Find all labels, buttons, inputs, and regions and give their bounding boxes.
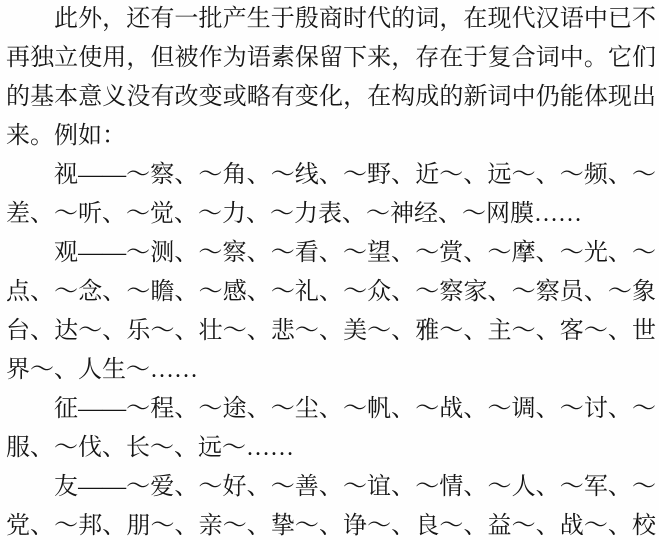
- text-line: 再独立使用，但被作为语素保留下来，存在于复合词中。它们: [6, 39, 656, 78]
- paragraph-example-zheng: 征——～程、～途、～尘、～帆、～战、～调、～讨、～ 服、～伐、长～、远～……: [6, 390, 656, 468]
- text-line: 视——～察、～角、～线、～野、近～、远～、～频、～: [6, 156, 656, 195]
- text-line: 界～、人生～……: [6, 351, 656, 390]
- text-line: 此外，还有一批产生于殷商时代的词，在现代汉语中已不: [6, 0, 656, 39]
- text-line: 服、～伐、长～、远～……: [6, 429, 656, 468]
- text-line: 党、～邦、朋～、亲～、挚～、诤～、良～、益～、战～、校: [6, 507, 656, 540]
- text-line: 征——～程、～途、～尘、～帆、～战、～调、～讨、～: [6, 390, 656, 429]
- text-line: 点、～念、～瞻、～感、～礼、～众、～察家、～察员、～象: [6, 273, 656, 312]
- text-line: 来。例如：: [6, 117, 656, 156]
- paragraph-example-guan: 观——～测、～察、～看、～望、～赏、～摩、～光、～ 点、～念、～瞻、～感、～礼、…: [6, 234, 656, 390]
- paragraph-example-shi: 视——～察、～角、～线、～野、近～、远～、～频、～ 差、～听、～觉、～力、～力表…: [6, 156, 656, 234]
- text-line: 差、～听、～觉、～力、～力表、～神经、～网膜……: [6, 195, 656, 234]
- text-line: 友——～爱、～好、～善、～谊、～情、～人、～军、～: [6, 468, 656, 507]
- text-line: 的基本意义没有改变或略有变化，在构成的新词中仍能体现出: [6, 78, 656, 117]
- paragraph-example-you: 友——～爱、～好、～善、～谊、～情、～人、～军、～ 党、～邦、朋～、亲～、挚～、…: [6, 468, 656, 540]
- document-page: 此外，还有一批产生于殷商时代的词，在现代汉语中已不 再独立使用，但被作为语素保留…: [0, 0, 659, 540]
- text-line: 观——～测、～察、～看、～望、～赏、～摩、～光、～: [6, 234, 656, 273]
- text-line: 台、达～、乐～、壮～、悲～、美～、雅～、主～、客～、世: [6, 312, 656, 351]
- paragraph-intro: 此外，还有一批产生于殷商时代的词，在现代汉语中已不 再独立使用，但被作为语素保留…: [6, 0, 656, 156]
